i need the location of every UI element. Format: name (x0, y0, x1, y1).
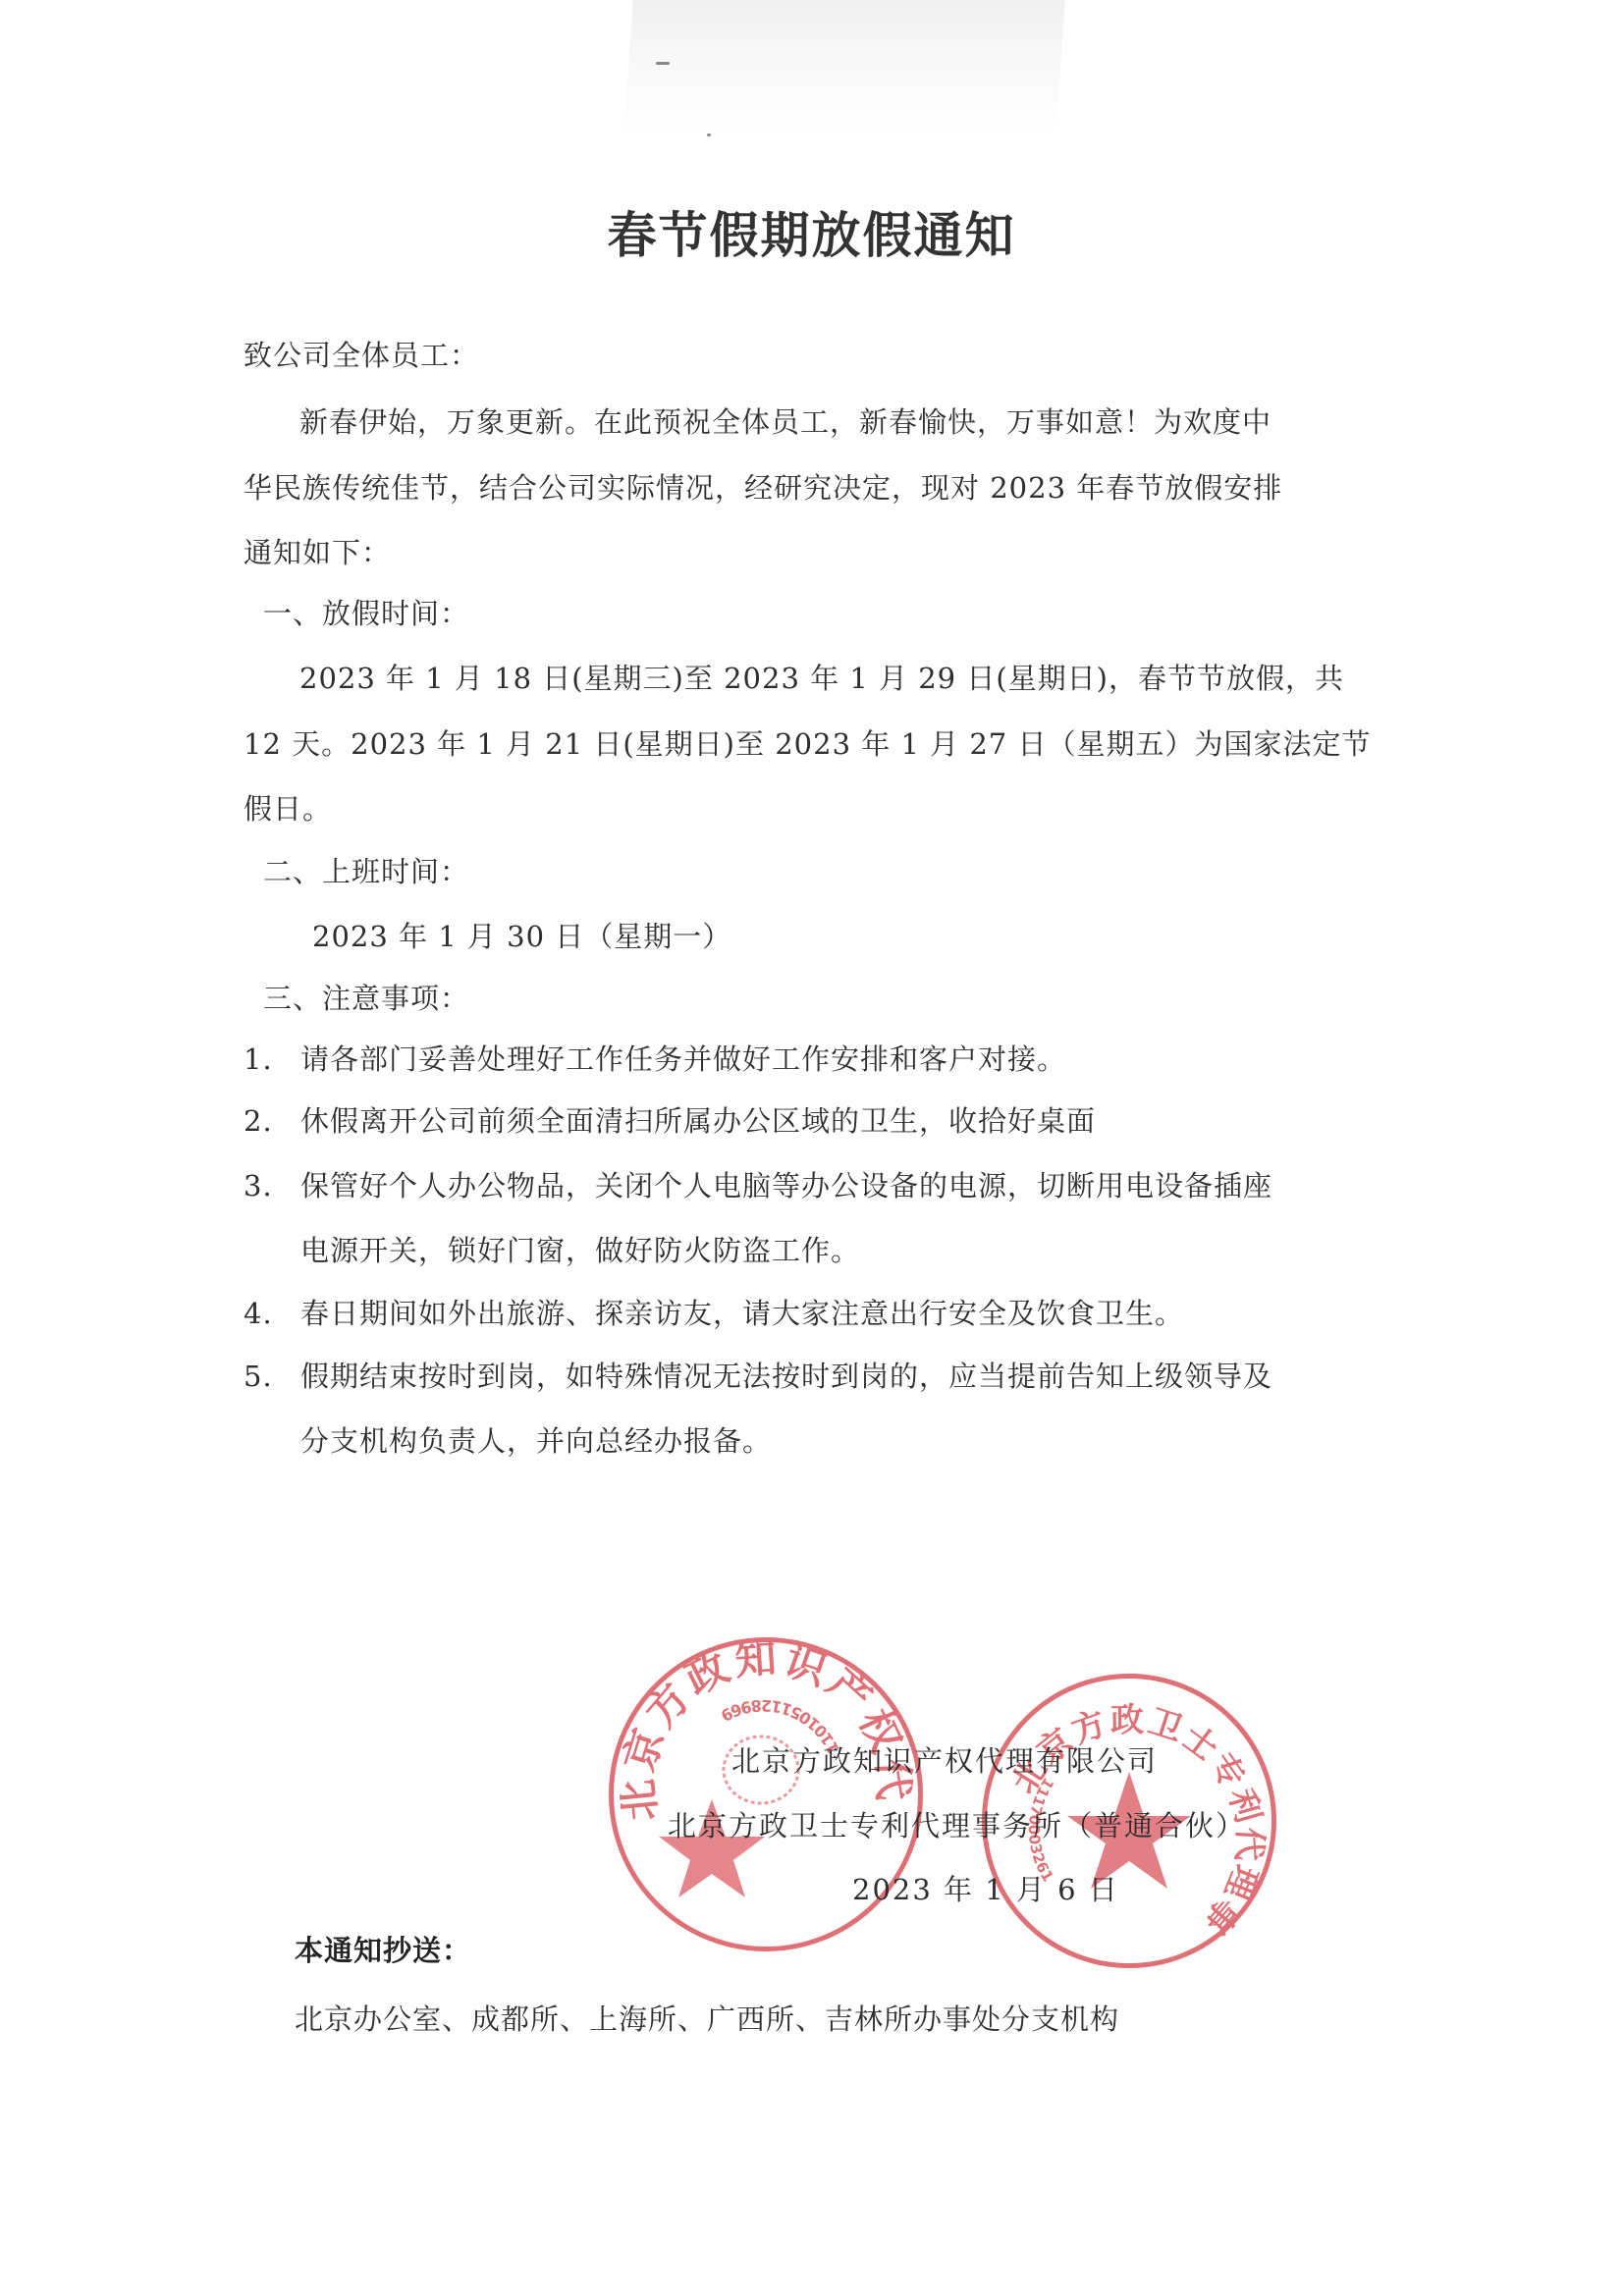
vacation-line-3: 假日。 (243, 787, 332, 828)
signature-date: 2023 年 1 月 6 日 (852, 1868, 1119, 1908)
note-number: 4. (243, 1297, 300, 1330)
note-item-3: 3.保管好个人办公物品，关闭个人电脑等办公设备的电源，切断用电设备插座 (243, 1164, 1272, 1204)
intro-line-3: 通知如下： (243, 531, 391, 571)
note-item-5: 5.假期结束按时到岗，如特殊情况无法按时到岗的，应当提前告知上级领导及 (243, 1355, 1272, 1395)
intro-line-2: 华民族传统佳节，结合公司实际情况，经研究决定，现对 2023 年春节放假安排 (243, 466, 1282, 507)
section-heading-notes: 三、注意事项： (263, 977, 469, 1017)
intro-line-1: 新春伊始，万象更新。在此预祝全体员工，新春愉快，万事如意！为欢度中 (299, 400, 1271, 441)
section-heading-work-time: 二、上班时间： (263, 850, 469, 890)
note-text: 请各部门妥善处理好工作任务并做好工作安排和客户对接。 (300, 1042, 1066, 1076)
note-number: 5. (243, 1360, 300, 1393)
salutation: 致公司全体员工： (243, 334, 479, 374)
note-item-2: 2.休假离开公司前须全面清扫所属办公区域的卫生，收拾好桌面 (243, 1099, 1096, 1140)
signature-org-1: 北京方政知识产权代理有限公司 (731, 1739, 1158, 1780)
note-text: 休假离开公司前须全面清扫所属办公区域的卫生，收拾好桌面 (300, 1104, 1096, 1138)
note-item-3-cont: 电源开关，锁好门窗，做好防火防盗工作。 (300, 1229, 860, 1269)
note-item-5-cont: 分支机构负责人，并向总经办报备。 (300, 1419, 772, 1460)
note-number: 1. (243, 1042, 300, 1076)
cc-label: 本通知抄送： (295, 1929, 471, 1969)
note-number: 2. (243, 1104, 300, 1138)
section-heading-vacation-time: 一、放假时间： (263, 592, 469, 632)
note-item-1: 1.请各部门妥善处理好工作任务并做好工作安排和客户对接。 (243, 1038, 1066, 1078)
signature-org-2: 北京方政卫士专利代理事务所（普通合伙） (668, 1804, 1246, 1844)
note-text: 保管好个人办公物品，关闭个人电脑等办公设备的电源，切断用电设备插座 (300, 1169, 1272, 1202)
scan-speck (656, 62, 670, 65)
vacation-line-1: 2023 年 1 月 18 日(星期三)至 2023 年 1 月 29 日(星期… (299, 657, 1344, 697)
work-time-line: 2023 年 1 月 30 日（星期一） (312, 915, 731, 955)
note-text: 春日期间如外出旅游、探亲访友，请大家注意出行安全及饮食卫生。 (300, 1297, 1184, 1330)
vacation-line-2: 12 天。2023 年 1 月 21 日(星期日)至 2023 年 1 月 27… (243, 722, 1371, 763)
scan-speck (707, 133, 711, 136)
note-item-4: 4.春日期间如外出旅游、探亲访友，请大家注意出行安全及饮食卫生。 (243, 1292, 1184, 1332)
note-text: 假期结束按时到岗，如特殊情况无法按时到岗的，应当提前告知上级领导及 (300, 1360, 1272, 1393)
svg-text:北京方政知识产权代理有限公司: 北京方政知识产权代理有限公司 (614, 1642, 918, 1823)
cc-recipients: 北京办公室、成都所、上海所、广西所、吉林所办事处分支机构 (295, 1998, 1119, 2038)
document-title: 春节假期放假通知 (0, 196, 1623, 267)
scan-shadow (623, 0, 1065, 137)
note-number: 3. (243, 1169, 300, 1202)
